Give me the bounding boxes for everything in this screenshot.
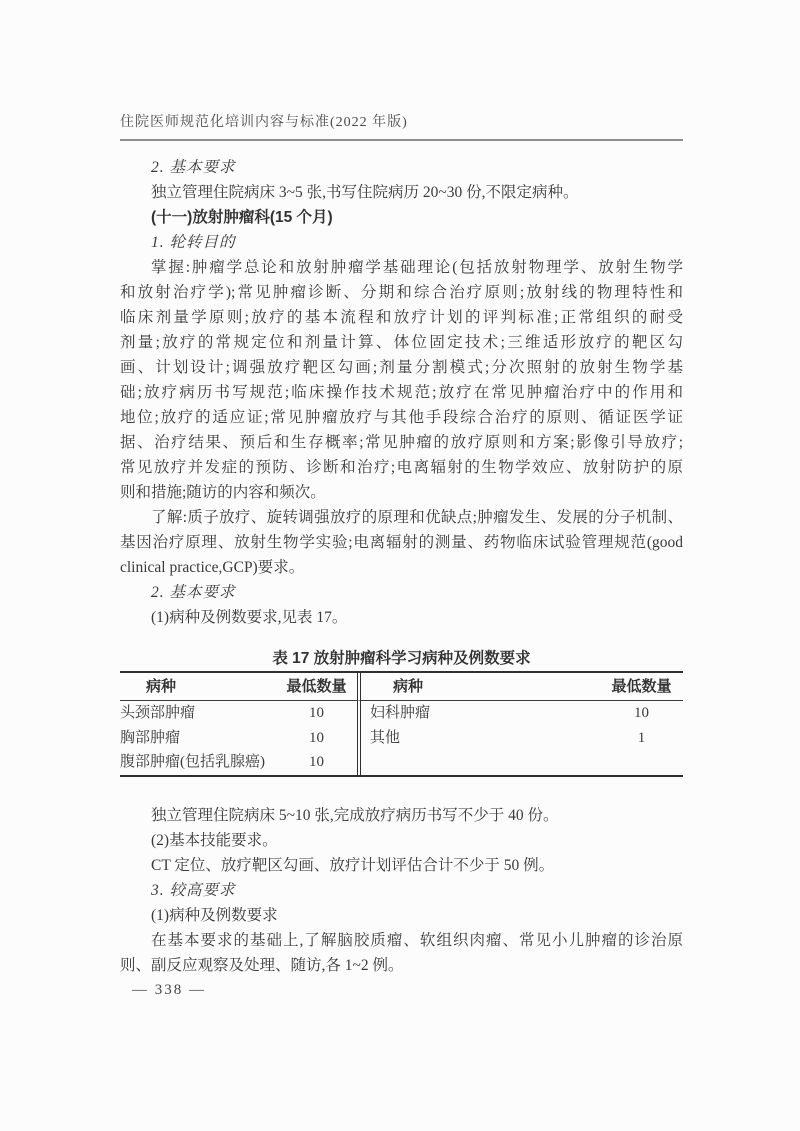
table-cell: 10 (276, 726, 357, 751)
table-cell: 妇科肿瘤 (357, 701, 600, 726)
table-cell (357, 750, 600, 775)
paragraph-line: CT 定位、放疗靶区勾画、放疗计划评估合计不少于 50 例。 (120, 853, 683, 878)
paragraph-line: 常见放疗并发症的预防、诊断和治疗;电离辐射的生物学效应、放射防护的原 (120, 455, 683, 480)
cases-table: 病种最低数量病种最低数量头颈部肿瘤10妇科肿瘤10胸部肿瘤10其他1腹部肿瘤(包… (120, 671, 683, 777)
paragraph-line: 临床剂量学原则;放疗的基本流程和放疗计划的评判标准;正常组织的耐受 (120, 305, 683, 330)
table-cell: 头颈部肿瘤 (120, 701, 276, 726)
paragraph-line: 则、副反应观察及处理、随访,各 1~2 例。 (120, 953, 683, 978)
table-cell (600, 750, 683, 775)
paragraph-line: 地位;放疗的适应证;常见肿瘤放疗与其他手段综合治疗的原则、循证医学证 (120, 405, 683, 430)
paragraph-line: (1)病种及例数要求 (120, 903, 683, 928)
paragraph-line: 独立管理住院病床 5~10 张,完成放疗病历书写不少于 40 份。 (120, 803, 683, 828)
table-cell: 10 (600, 701, 683, 726)
table-cell: 腹部肿瘤(包括乳腺癌) (120, 750, 276, 775)
paragraph-line: 在基本要求的基础上,了解脑胶质瘤、软组织肉瘤、常见小儿肿瘤的诊治原 (120, 928, 683, 953)
table-caption: 表 17 放射肿瘤科学习病种及例数要求 (120, 646, 683, 671)
paragraph-line: 和放射治疗学);常见肿瘤诊断、分期和综合治疗原则;放射线的物理特性和 (120, 280, 683, 305)
table-block: 表 17 放射肿瘤科学习病种及例数要求 病种最低数量病种最低数量头颈部肿瘤10妇… (120, 646, 683, 777)
table-cell: 10 (276, 701, 357, 726)
kai-heading: 3. 较高要求 (120, 878, 683, 903)
page-inner: 住院医师规范化培训内容与标准(2022 年版) 2. 基本要求独立管理住院病床 … (120, 0, 683, 1003)
content-before-table: 2. 基本要求独立管理住院病床 3~5 张,书写住院病历 20~30 份,不限定… (120, 155, 683, 630)
paragraph-line: 据、治疗结果、预后和生存概率;常见肿瘤的放疗原则和方案;影像引导放疗; (120, 430, 683, 455)
running-header: 住院医师规范化培训内容与标准(2022 年版) (120, 0, 683, 141)
table-cell: 1 (600, 726, 683, 751)
document-page: 住院医师规范化培训内容与标准(2022 年版) 2. 基本要求独立管理住院病床 … (0, 0, 800, 1131)
kai-heading: 2. 基本要求 (120, 580, 683, 605)
table-header-cell: 最低数量 (276, 673, 357, 701)
paragraph-line: 了解:质子放疗、旋转调强放疗的原理和优缺点;肿瘤发生、发展的分子机制、 (120, 505, 683, 530)
table-cell: 胸部肿瘤 (120, 726, 276, 751)
paragraph-line: 掌握:肿瘤学总论和放射肿瘤学基础理论(包括放射物理学、放射生物学 (120, 255, 683, 280)
table-header-cell: 病种 (357, 673, 600, 701)
hei-heading: (十一)放射肿瘤科(15 个月) (120, 205, 683, 230)
paragraph-line: 则和措施;随访的内容和频次。 (120, 480, 683, 505)
paragraph-line: 剂量;放疗的常规定位和剂量计算、体位固定技术;三维适形放疗的靶区勾 (120, 330, 683, 355)
paragraph-line: 独立管理住院病床 3~5 张,书写住院病历 20~30 份,不限定病种。 (120, 180, 683, 205)
paragraph-line: 础;放疗病历书写规范;临床操作技术规范;放疗在常见肿瘤治疗中的作用和 (120, 380, 683, 405)
table-cell: 10 (276, 750, 357, 775)
paragraph-line: (1)病种及例数要求,见表 17。 (120, 605, 683, 630)
paragraph-line: (2)基本技能要求。 (120, 828, 683, 853)
kai-heading: 2. 基本要求 (120, 155, 683, 180)
paragraph-line: 基因治疗原理、放射生物学实验;电离辐射的测量、药物临床试验管理规范(good (120, 530, 683, 555)
kai-heading: 1. 轮转目的 (120, 230, 683, 255)
paragraph-line: 画、计划设计;调强放疗靶区勾画;剂量分割模式;分次照射的放射生物学基 (120, 355, 683, 380)
content-after-table: 独立管理住院病床 5~10 张,完成放疗病历书写不少于 40 份。(2)基本技能… (120, 803, 683, 978)
table-cell: 其他 (357, 726, 600, 751)
table-header-cell: 病种 (120, 673, 276, 701)
page-number: — 338 — (132, 978, 683, 1003)
table-header-cell: 最低数量 (600, 673, 683, 701)
paragraph-line: clinical practice,GCP)要求。 (120, 555, 683, 580)
